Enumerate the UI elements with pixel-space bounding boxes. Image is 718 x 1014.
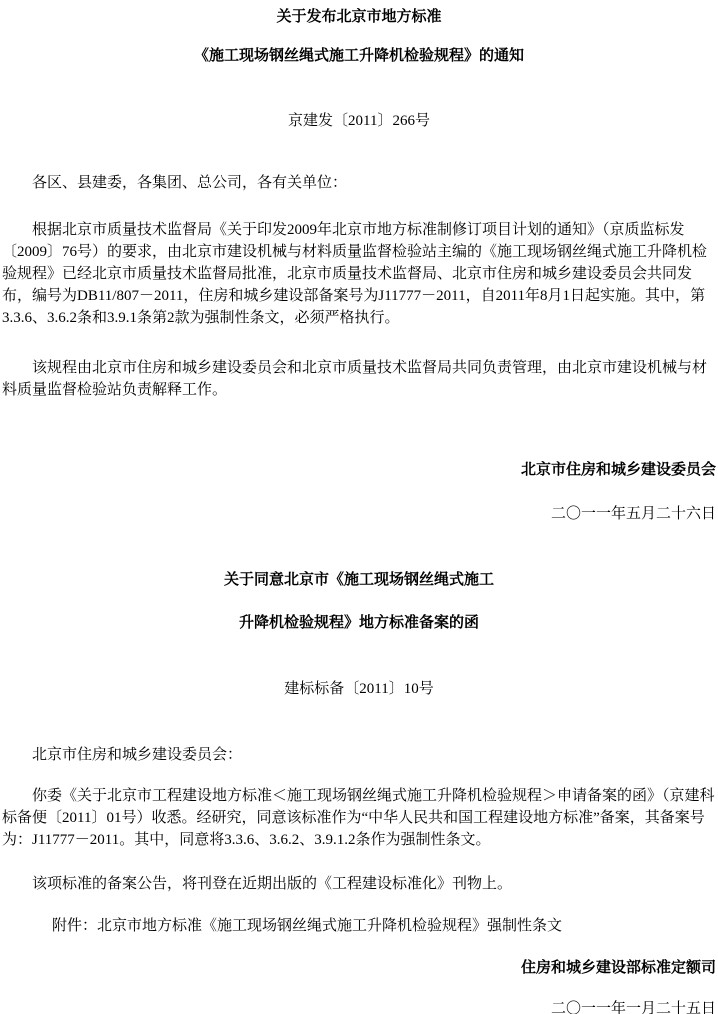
document-page: 关于发布北京市地方标准 《施工现场钢丝绳式施工升降机检验规程》的通知 京建发〔2… bbox=[0, 6, 718, 1014]
notice1-signature: 北京市住房和城乡建设委员会 bbox=[2, 459, 716, 481]
notice2-attachment-line: 附件：北京市地方标准《施工现场钢丝绳式施工升降机检验规程》强制性条文 bbox=[2, 915, 716, 937]
notice2-paragraph-2: 该项标准的备案公告，将刊登在近期出版的《工程建设标准化》刊物上。 bbox=[2, 873, 716, 895]
notice1-date: 二〇一一年五月二十六日 bbox=[2, 503, 716, 525]
notice1-paragraph-2: 该规程由北京市住房和城乡建设委员会和北京市质量技术监督局共同负责管理，由北京市建… bbox=[2, 357, 716, 401]
notice2-doc-number: 建标标备〔2011〕10号 bbox=[2, 678, 716, 700]
notice1-title-line2: 《施工现场钢丝绳式施工升降机检验规程》的通知 bbox=[2, 45, 716, 67]
notice2-signature: 住房和城乡建设部标准定额司 bbox=[2, 957, 716, 979]
notice2-date: 二〇一一年一月二十五日 bbox=[2, 998, 716, 1014]
notice2-title-line2: 升降机检验规程》地方标准备案的函 bbox=[2, 612, 716, 634]
notice1-salutation: 各区、县建委，各集团、总公司，各有关单位： bbox=[2, 172, 716, 194]
notice1-paragraph-1: 根据北京市质量技术监督局《关于印发2009年北京市地方标准制修订项目计划的通知》… bbox=[2, 219, 716, 329]
notice2-salutation: 北京市住房和城乡建设委员会： bbox=[2, 744, 716, 766]
notice2-paragraph-1: 你委《关于北京市工程建设地方标准＜施工现场钢丝绳式施工升降机检验规程＞申请备案的… bbox=[2, 785, 716, 851]
notice1-doc-number: 京建发〔2011〕266号 bbox=[2, 110, 716, 132]
notice2-title-line1: 关于同意北京市《施工现场钢丝绳式施工 bbox=[2, 569, 716, 591]
notice1-title-line1: 关于发布北京市地方标准 bbox=[2, 6, 716, 28]
